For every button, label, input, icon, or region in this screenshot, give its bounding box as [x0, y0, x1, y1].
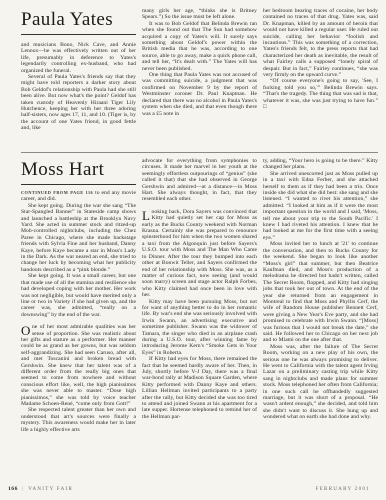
dropcap-paragraph: Looking back, Dora Sayers was convinced … — [142, 209, 257, 299]
footer-left: 166|VANITY FAIR — [8, 486, 73, 492]
paula-column-1: Paula Yates and musicians Bono, Nick Cav… — [21, 8, 136, 148]
paragraph: Several of Paula Yates's friends say tha… — [21, 74, 136, 132]
paragraph: ty, adding, “Your hero is going to be th… — [263, 158, 378, 171]
dropcap-paragraph: One of her most admirable qualities was … — [21, 324, 136, 407]
issue-date: FEBRUARY 2001 — [316, 487, 370, 492]
moss-hart-article: Moss Hart CONTINUED FROM PAGE 116to end … — [21, 158, 378, 484]
magazine-name: VANITY FAIR — [28, 487, 73, 492]
paragraph: She kept going. It was a small career, b… — [21, 273, 136, 318]
moss-column-1: Moss Hart CONTINUED FROM PAGE 116to end … — [21, 158, 136, 484]
page-content: Paula Yates and musicians Bono, Nick Cav… — [21, 8, 378, 484]
paula-yates-article: Paula Yates and musicians Bono, Nick Cav… — [21, 8, 378, 148]
paula-yates-title: Paula Yates — [21, 9, 136, 35]
paula-column-3: her bedroom bearing traces of cocaine, h… — [263, 8, 378, 148]
paragraph: and musicians Bono, Nick Cave, and Annie… — [21, 42, 136, 74]
paragraph: Kitty may have been pursuing Moss, but n… — [142, 299, 257, 357]
paula-column-2: many girls her age, “thinks she is Britn… — [142, 8, 257, 148]
paragraph: Moss invited her to lunch at '21' to con… — [263, 241, 378, 344]
paragraph: It was to Bob Geldof that Belinda Brewin… — [142, 21, 257, 72]
page-number: 166 — [8, 486, 18, 492]
paragraph: Moss was, after the failure of The Secre… — [263, 344, 378, 421]
magazine-page: Paula Yates and musicians Bono, Nick Cav… — [0, 0, 386, 500]
paragraph-text: ne of her most admirable qualities was h… — [21, 324, 136, 407]
paragraph: many girls her age, “thinks she is Britn… — [142, 8, 257, 21]
paragraph: She respected talent greater than her ow… — [21, 407, 136, 433]
paragraph: One thing that Paula Yates was not accus… — [142, 72, 257, 117]
paragraph: She kept going. During the war she sang … — [21, 203, 136, 273]
paragraph: She arrived unescorted just as Moss pull… — [263, 171, 378, 241]
dropcap-letter: O — [21, 324, 32, 336]
paragraph: her bedroom bearing traces of cocaine, h… — [263, 8, 378, 78]
moss-column-3: ty, adding, “Your hero is going to be th… — [263, 158, 378, 484]
paragraph-with-end-mark: “Of course everyone's going to say, 'See… — [263, 78, 378, 110]
paragraph-text: ooking back, Dora Sayers was convinced t… — [142, 209, 257, 298]
dropcap-letter: L — [142, 209, 152, 221]
continued-from-line: CONTINUED FROM PAGE 116to end any movie … — [21, 190, 136, 203]
moss-column-2: advocate for everything from symphonies … — [142, 158, 257, 484]
paragraph: If Kitty had eyes for Moss, there remain… — [142, 356, 257, 420]
page-footer: 166|VANITY FAIR FEBRUARY 2001 — [8, 486, 370, 492]
section-divider — [21, 152, 378, 153]
paragraph: advocate for everything from symphonies … — [142, 158, 257, 203]
footer-separator: | — [22, 487, 24, 492]
moss-hart-title: Moss Hart — [21, 159, 136, 185]
footer-right: FEBRUARY 2001 — [316, 487, 370, 492]
continued-from-label: CONTINUED FROM PAGE 116 — [21, 190, 93, 195]
